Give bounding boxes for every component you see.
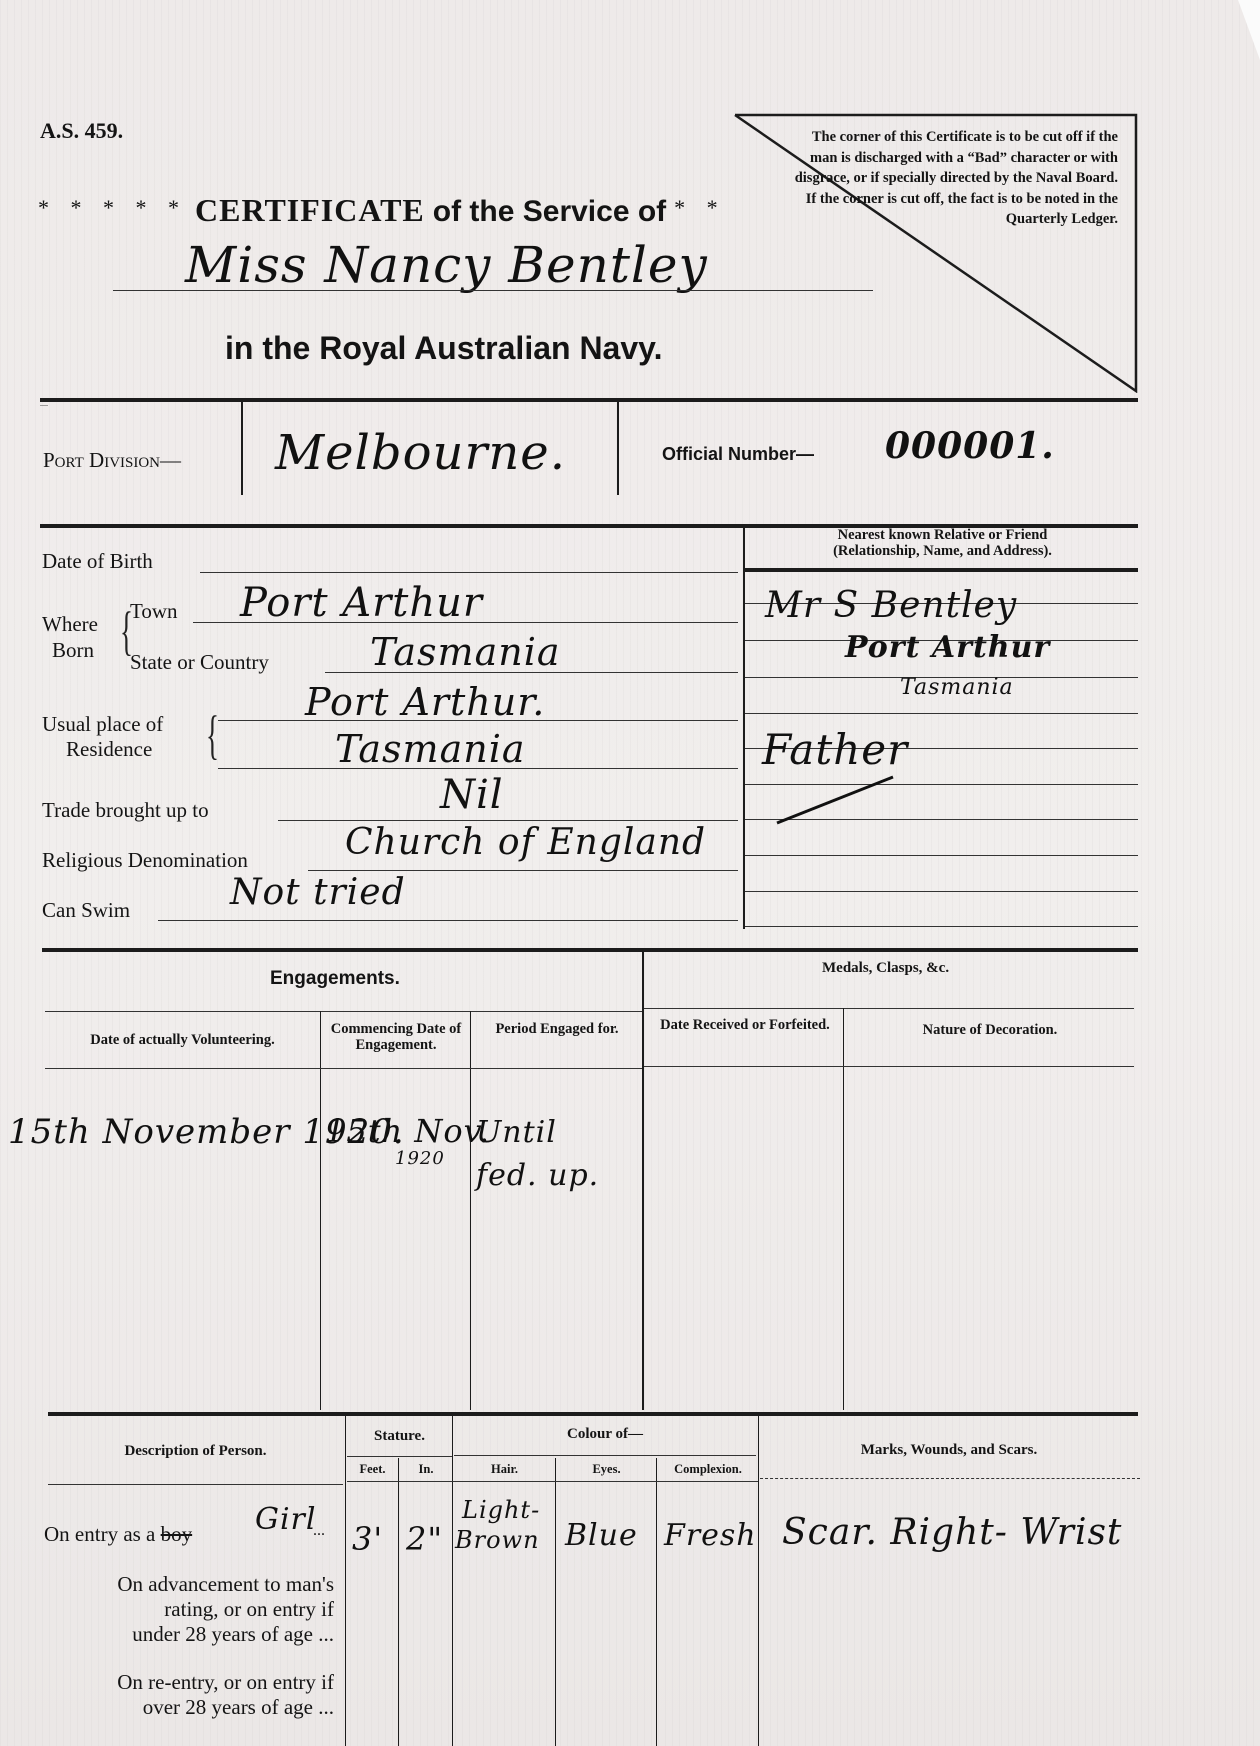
title-certificate: CERTIFICATE <box>195 192 425 228</box>
relative-name: Mr S Bentley <box>765 585 1017 626</box>
col-date-volunteering: Date of actually Volunteering. <box>45 1032 320 1048</box>
port-division-value: Melbourne. <box>275 425 566 481</box>
struck-word: boy <box>161 1522 193 1546</box>
relative-header: Nearest known Relative or Friend (Relati… <box>750 527 1135 559</box>
col-date-received: Date Received or Forfeited. <box>650 1017 840 1033</box>
commencing-date-value: 15th Nov. <box>325 1112 490 1150</box>
official-number-label: Official Number— <box>662 444 814 465</box>
service-member-name: Miss Nancy Bentley <box>185 236 708 294</box>
corner-cut-notice: The corner of this Certificate is to be … <box>733 113 1138 391</box>
marks-label: Marks, Wounds, and Scars. <box>760 1442 1138 1458</box>
col-nature-decoration: Nature of Decoration. <box>845 1022 1135 1038</box>
religion-label: Religious Denomination <box>42 848 248 873</box>
commencing-year-value: 1920 <box>395 1148 445 1169</box>
medals-title: Medals, Clasps, &c. <box>822 960 949 977</box>
stature-label: Stature. <box>347 1428 452 1444</box>
row-reentry-label: On re-entry, or on entry if over 28 year… <box>44 1670 334 1720</box>
divider-top <box>40 398 1138 402</box>
col-hair: Hair. <box>454 1462 555 1477</box>
can-swim-value: Not tried <box>230 872 406 913</box>
page-corner-fold <box>1238 0 1260 60</box>
religion-value: Church of England <box>345 822 706 863</box>
col-inches: In. <box>400 1462 452 1477</box>
can-swim-label: Can Swim <box>42 898 130 923</box>
colour-label: Colour of— <box>454 1426 756 1442</box>
relative-relationship: Father <box>762 725 908 774</box>
col-complexion: Complexion. <box>658 1462 758 1477</box>
port-division-label: Port Division— <box>43 448 181 473</box>
period-engaged-line-1: Until <box>476 1115 557 1150</box>
period-engaged-line-2: fed. up. <box>476 1158 599 1193</box>
state-country-label: State or Country <box>130 650 269 675</box>
trade-label: Trade brought up to <box>42 798 209 823</box>
relative-state: Tasmania <box>900 675 1014 700</box>
complexion-value: Fresh <box>664 1518 757 1553</box>
description-title: Description of Person. <box>48 1443 343 1459</box>
eye-colour-value: Blue <box>565 1518 638 1553</box>
brace-icon: { <box>206 708 219 762</box>
entry-correction: Girl <box>255 1502 317 1537</box>
state-country-value: Tasmania <box>370 630 561 674</box>
col-eyes: Eyes. <box>557 1462 656 1477</box>
hair-colour-line-2: Brown <box>455 1526 540 1554</box>
official-number-value: 000001. <box>885 425 1055 467</box>
divider-description <box>48 1412 1138 1416</box>
row-on-entry-label: On entry as a boy <box>44 1522 192 1547</box>
stature-feet-value: 3' <box>352 1520 383 1558</box>
stature-inches-value: 2" <box>406 1520 443 1558</box>
trade-value: Nil <box>440 772 504 818</box>
col-feet: Feet. <box>347 1462 398 1477</box>
town-label: Town <box>130 599 178 624</box>
certificate-page: A.S. 459. * * * * * CERTIFICATE of the S… <box>0 0 1260 1746</box>
residence-line-2: Tasmania <box>335 727 526 771</box>
relative-town: Port Arthur <box>845 630 1050 665</box>
decorative-stars-right: * * <box>674 195 726 220</box>
certificate-title: * * * * * CERTIFICATE of the Service of … <box>38 192 726 229</box>
title-rest: of the Service of <box>433 195 666 228</box>
residence-label: Usual place of <box>42 712 163 737</box>
col-commencing-date: Commencing Date of Engagement. <box>322 1021 470 1053</box>
marks-value: Scar. Right- Wrist <box>782 1512 1122 1553</box>
decorative-stars-left: * * * * * <box>38 195 187 220</box>
hair-colour-line-1: Light- <box>462 1496 540 1524</box>
residence-line-1: Port Arthur. <box>305 680 545 724</box>
date-of-birth-label: Date of Birth <box>42 549 153 574</box>
where-born-label: Where <box>42 612 98 637</box>
engagements-title: Engagements. <box>270 968 400 990</box>
certificate-subtitle: in the Royal Australian Navy. <box>225 330 662 367</box>
col-period-engaged: Period Engaged for. <box>472 1021 642 1037</box>
flourish-stroke-icon <box>775 775 895 825</box>
form-number: A.S. 459. <box>40 118 123 144</box>
town-value: Port Arthur <box>240 580 483 626</box>
divider-engagements <box>42 948 1138 952</box>
row-advancement-label: On advancement to man's rating, or on en… <box>44 1572 334 1647</box>
corner-cut-notice-text: The corner of this Certificate is to be … <box>788 127 1118 230</box>
